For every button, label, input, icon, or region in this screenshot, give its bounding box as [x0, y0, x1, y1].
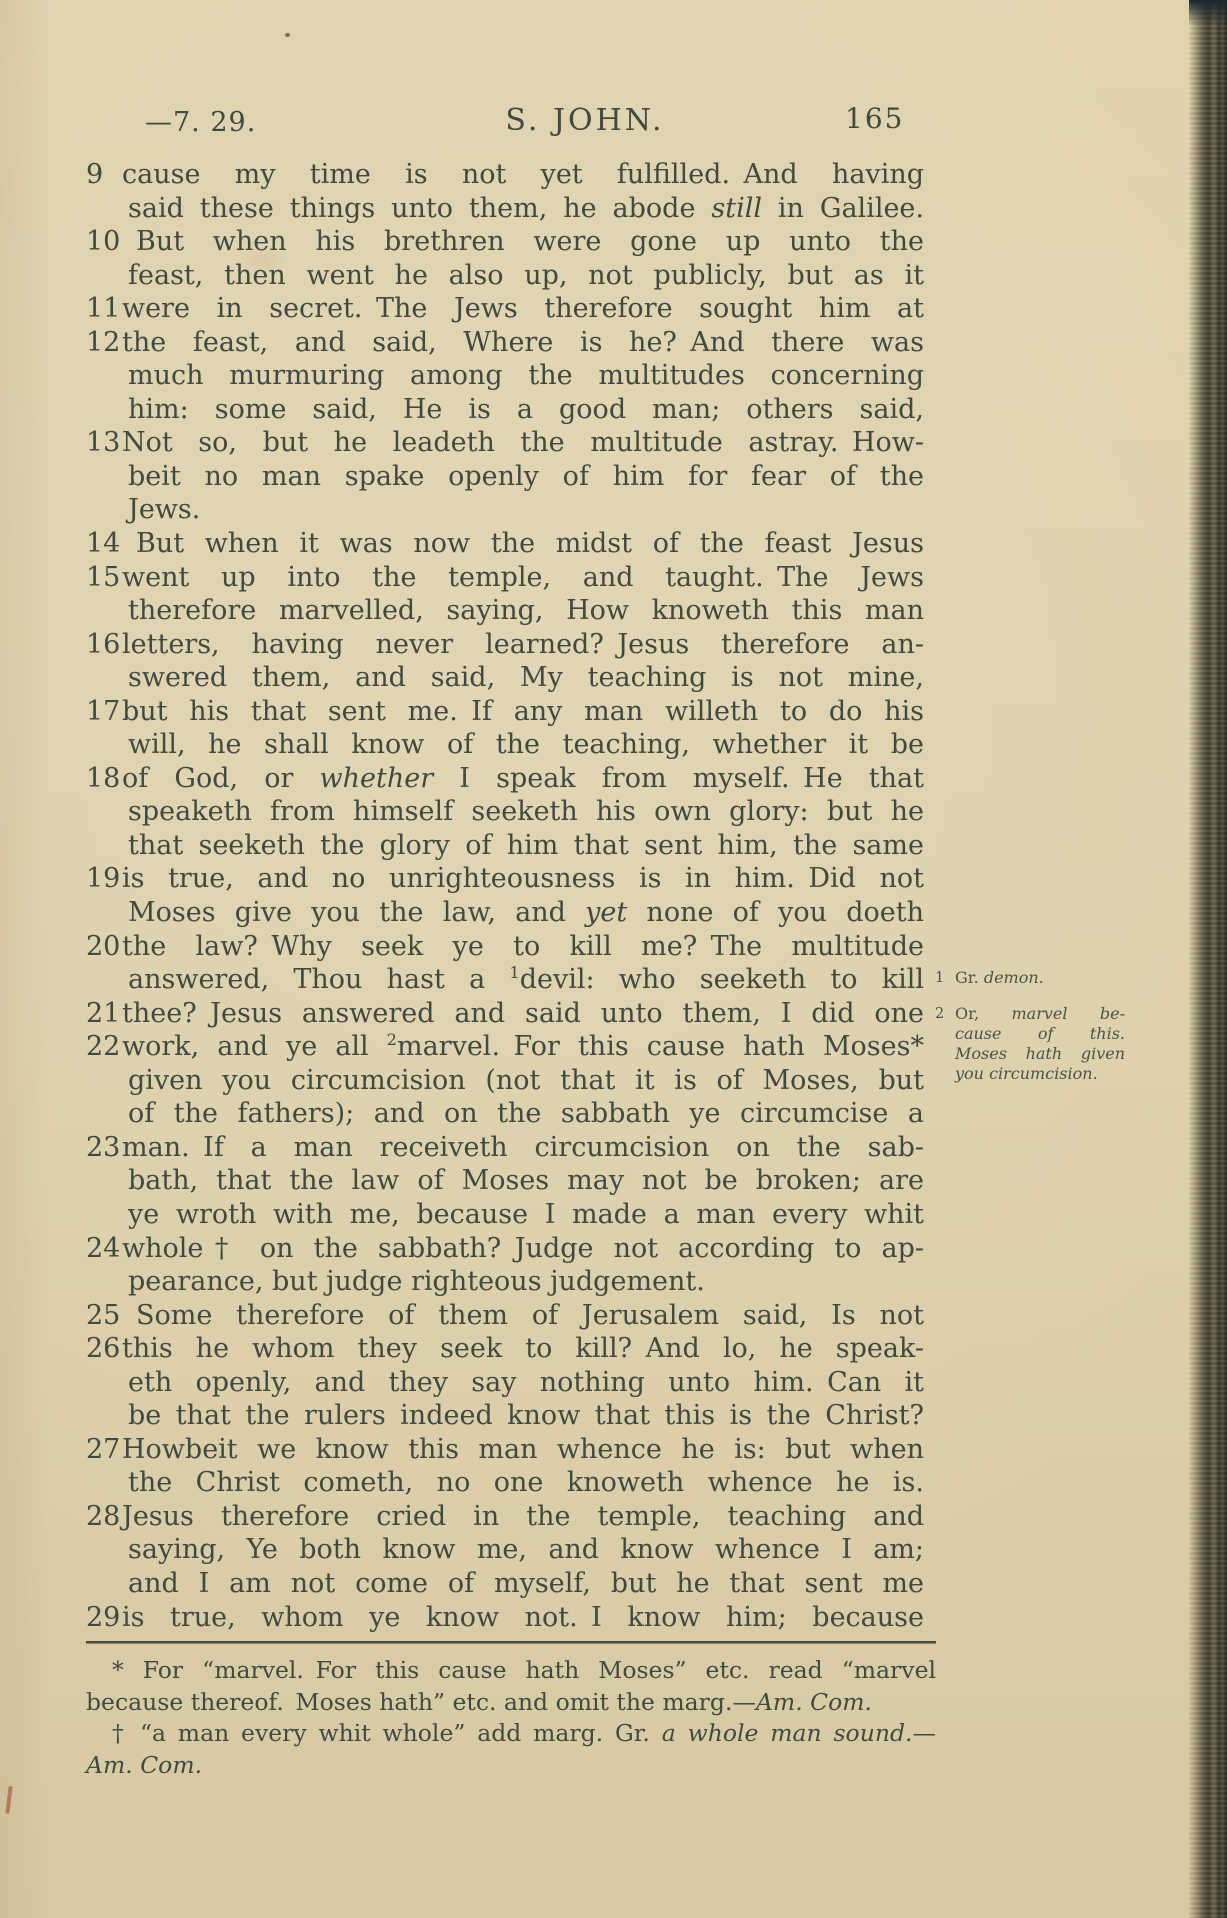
- book-edge-dark-corner: [1189, 0, 1227, 26]
- text-line: 9cause my time is not yet fulfilled. And…: [86, 158, 924, 192]
- margin-note-number: 2: [935, 1004, 944, 1024]
- text-line: of the fathers); and on the sabbath ye c…: [86, 1097, 924, 1131]
- text-line: 24whole† on the sabbath? Judge not accor…: [86, 1232, 924, 1266]
- verse-text: work, and ye all 2marvel. For this cause…: [122, 1030, 924, 1064]
- text-line: much murmuring among the multitudes conc…: [86, 359, 924, 393]
- verse-text: therefore marvelled, saying, How knoweth…: [122, 594, 924, 628]
- verse-number: 15: [86, 561, 122, 595]
- pen-mark: [5, 1786, 12, 1814]
- paper-speck: [285, 33, 290, 37]
- verse-text: him: some said, He is a good man; others…: [122, 393, 924, 427]
- margin-note-number: 1: [935, 968, 944, 988]
- italic-text: Am. Com.: [756, 1688, 872, 1716]
- verse-text: thee? Jesus answered and said unto them,…: [122, 997, 924, 1031]
- verse-text: ye wroth with me, because I made a man e…: [122, 1198, 924, 1232]
- text-line: the Christ cometh, no one knoweth whence…: [86, 1466, 924, 1500]
- italic-text: yet: [585, 897, 627, 928]
- verse-text: but his that sent me. If any man willeth…: [122, 695, 924, 729]
- verse-text: of the fathers); and on the sabbath ye c…: [122, 1097, 924, 1131]
- text-line: given you circumcision (not that it is o…: [86, 1064, 924, 1098]
- verse-text: of God, or whether I speak from myself. …: [122, 762, 924, 796]
- verse-text: cause my time is not yet fulfilled. And …: [122, 158, 924, 192]
- verse-number: 13: [86, 426, 122, 460]
- verse-number: 29: [86, 1601, 122, 1635]
- text-line: Jews.: [86, 493, 924, 527]
- text-line: 23man. If a man receiveth circumcision o…: [86, 1131, 924, 1165]
- book-page: —7. 29. S. JOHN. 165 9cause my time is n…: [0, 0, 1227, 1918]
- text-line: swered them, and said, My teaching is no…: [86, 661, 924, 695]
- footnote-line: * For “marvel. For this cause hath Moses…: [86, 1655, 936, 1687]
- verse-number: [86, 1198, 122, 1232]
- verse-number: 24: [86, 1232, 122, 1266]
- verse-text: beit no man spake openly of him for fear…: [122, 460, 924, 494]
- note-reference-superscript: 1: [509, 963, 519, 982]
- verse-text: But when it was now the midst of the fea…: [122, 527, 924, 561]
- italic-text: whether: [320, 763, 434, 794]
- text-line: 25Some therefore of them of Jerusalem sa…: [86, 1299, 924, 1333]
- text-line: pearance, but judge righteous judgement.: [86, 1265, 924, 1299]
- verse-number: [86, 594, 122, 628]
- verse-text: Moses give you the law, and yet none of …: [122, 896, 924, 930]
- verse-number: [86, 661, 122, 695]
- verse-text: much murmuring among the multitudes conc…: [122, 359, 924, 393]
- text-line: eth openly, and they say nothing unto hi…: [86, 1366, 924, 1400]
- verse-text: whole† on the sabbath? Judge not accordi…: [122, 1232, 924, 1266]
- verse-number: [86, 1164, 122, 1198]
- verse-text: went up into the temple, and taught. The…: [122, 561, 924, 595]
- verse-text: said these things unto them, he abode st…: [122, 192, 924, 226]
- verse-text: swered them, and said, My teaching is no…: [122, 661, 924, 695]
- margin-note-line: you circumcision.: [955, 1064, 1125, 1084]
- text-line: 10But when his brethren were gone up unt…: [86, 225, 924, 259]
- paper-stain: [240, 245, 286, 275]
- italic-text: marvel be-: [1012, 1004, 1126, 1023]
- verse-text: is true, whom ye know not. I know him; b…: [122, 1601, 924, 1635]
- verse-text: speaketh from himself seeketh his own gl…: [122, 795, 924, 829]
- verse-text: pearance, but judge righteous judgement.: [122, 1265, 924, 1299]
- italic-text: you circumcision.: [955, 1064, 1098, 1083]
- italic-text: cause of this.: [955, 1024, 1125, 1043]
- text-line: him: some said, He is a good man; others…: [86, 393, 924, 427]
- verse-number: 14: [86, 527, 122, 561]
- verse-number: 22: [86, 1030, 122, 1064]
- margin-note-line: 1Gr. demon.: [955, 968, 1125, 988]
- text-line: Moses give you the law, and yet none of …: [86, 896, 924, 930]
- text-line: 11were in secret. The Jews therefore sou…: [86, 292, 924, 326]
- text-line: 20the law? Why seek ye to kill me? The m…: [86, 930, 924, 964]
- margin-note-line: cause of this.: [955, 1024, 1125, 1044]
- header-verse-ref: —7. 29.: [145, 107, 256, 138]
- verse-number: 17: [86, 695, 122, 729]
- footnotes-block: * For “marvel. For this cause hath Moses…: [86, 1655, 936, 1781]
- margin-note: 1Gr. demon.: [933, 968, 1125, 988]
- verse-number: [86, 1064, 122, 1098]
- verse-text: answered, Thou hast a 1devil: who seeket…: [122, 963, 924, 997]
- text-line: 26this he whom they seek to kill? And lo…: [86, 1332, 924, 1366]
- text-line: said these things unto them, he abode st…: [86, 192, 924, 226]
- verse-number: 28: [86, 1500, 122, 1534]
- verse-number: 12: [86, 326, 122, 360]
- verse-number: [86, 963, 122, 997]
- verse-text: will, he shall know of the teaching, whe…: [122, 728, 924, 762]
- verse-text: is true, and no unrighteousness is in hi…: [122, 862, 924, 896]
- verse-number: [86, 192, 122, 226]
- verse-text: Not so, but he leadeth the multitude ast…: [122, 426, 924, 460]
- verse-text: were in secret. The Jews therefore sough…: [122, 292, 924, 326]
- verse-number: 10: [86, 225, 122, 259]
- verse-text: Jesus therefore cried in the temple, tea…: [122, 1500, 924, 1534]
- text-line: beit no man spake openly of him for fear…: [86, 460, 924, 494]
- verse-text: bath, that the law of Moses may not be b…: [122, 1164, 924, 1198]
- text-line: therefore marvelled, saying, How knoweth…: [86, 594, 924, 628]
- book-fore-edge: [1189, 0, 1227, 1918]
- text-line: and I am not come of myself, but he that…: [86, 1567, 924, 1601]
- text-line: 13Not so, but he leadeth the multitude a…: [86, 426, 924, 460]
- verse-number: 16: [86, 628, 122, 662]
- header-page-number: 165: [845, 102, 904, 135]
- verse-text: the law? Why seek ye to kill me? The mul…: [122, 930, 924, 964]
- verse-number: [86, 1567, 122, 1601]
- footnote-line: Am. Com.: [86, 1750, 936, 1782]
- verse-number: [86, 896, 122, 930]
- verse-number: 23: [86, 1131, 122, 1165]
- verse-number: [86, 460, 122, 494]
- text-line: that seeketh the glory of him that sent …: [86, 829, 924, 863]
- verse-text: Howbeit we know this man whence he is: b…: [122, 1433, 924, 1467]
- verse-number: [86, 393, 122, 427]
- italic-text: Am. Com.: [86, 1751, 202, 1779]
- verse-text: given you circumcision (not that it is o…: [122, 1064, 924, 1098]
- verse-text: and I am not come of myself, but he that…: [122, 1567, 924, 1601]
- text-line: 15went up into the temple, and taught. T…: [86, 561, 924, 595]
- verse-number: 25: [86, 1299, 122, 1333]
- verse-number: [86, 1265, 122, 1299]
- margin-note-line: Moses hath given: [955, 1044, 1125, 1064]
- text-line: will, he shall know of the teaching, whe…: [86, 728, 924, 762]
- verse-text: the feast, and said, Where is he? And th…: [122, 326, 924, 360]
- verse-number: [86, 1399, 122, 1433]
- verse-number: 20: [86, 930, 122, 964]
- text-line: 16letters, having never learned? Jesus t…: [86, 628, 924, 662]
- text-line: speaketh from himself seeketh his own gl…: [86, 795, 924, 829]
- verse-text: be that the rulers indeed know that this…: [122, 1399, 924, 1433]
- verse-text: this he whom they seek to kill? And lo, …: [122, 1332, 924, 1366]
- verse-text: letters, having never learned? Jesus the…: [122, 628, 924, 662]
- scripture-text-column: 9cause my time is not yet fulfilled. And…: [86, 158, 924, 1634]
- text-line: ye wroth with me, because I made a man e…: [86, 1198, 924, 1232]
- verse-number: [86, 493, 122, 527]
- verse-number: 11: [86, 292, 122, 326]
- verse-number: [86, 1533, 122, 1567]
- verse-number: [86, 359, 122, 393]
- margin-note-line: 2Or, marvel be-: [955, 1004, 1125, 1024]
- italic-text: Moses hath given: [955, 1044, 1125, 1063]
- verse-number: [86, 795, 122, 829]
- italic-text: still: [711, 193, 762, 224]
- text-line: answered, Thou hast a 1devil: who seeket…: [86, 963, 924, 997]
- text-line: 28Jesus therefore cried in the temple, t…: [86, 1500, 924, 1534]
- verse-number: 9: [86, 158, 122, 192]
- text-line: 21thee? Jesus answered and said unto the…: [86, 997, 924, 1031]
- verse-number: 21: [86, 997, 122, 1031]
- note-reference-superscript: 2: [387, 1030, 397, 1049]
- verse-number: [86, 259, 122, 293]
- verse-text: eth openly, and they say nothing unto hi…: [122, 1366, 924, 1400]
- text-line: feast, then went he also up, not publicl…: [86, 259, 924, 293]
- footnote-line: † “a man every whit whole” add marg. Gr.…: [86, 1718, 936, 1750]
- margin-note: 2Or, marvel be-cause of this.Moses hath …: [933, 1004, 1125, 1084]
- text-line: 12the feast, and said, Where is he? And …: [86, 326, 924, 360]
- text-line: saying, Ye both know me, and know whence…: [86, 1533, 924, 1567]
- italic-text: a whole man sound.: [662, 1719, 913, 1747]
- footnote-rule: [86, 1641, 936, 1644]
- verse-text: Some therefore of them of Jerusalem said…: [122, 1299, 924, 1333]
- text-line: 17but his that sent me. If any man wille…: [86, 695, 924, 729]
- verse-number: [86, 1097, 122, 1131]
- verse-number: 27: [86, 1433, 122, 1467]
- verse-text: saying, Ye both know me, and know whence…: [122, 1533, 924, 1567]
- text-line: 27Howbeit we know this man whence he is:…: [86, 1433, 924, 1467]
- verse-number: 19: [86, 862, 122, 896]
- text-line: be that the rulers indeed know that this…: [86, 1399, 924, 1433]
- text-line: 29is true, whom ye know not. I know him;…: [86, 1601, 924, 1635]
- verse-number: [86, 1366, 122, 1400]
- text-line: 14But when it was now the midst of the f…: [86, 527, 924, 561]
- verse-number: [86, 1466, 122, 1500]
- text-line: 22work, and ye all 2marvel. For this cau…: [86, 1030, 924, 1064]
- verse-text: man. If a man receiveth circumcision on …: [122, 1131, 924, 1165]
- text-line: 18of God, or whether I speak from myself…: [86, 762, 924, 796]
- italic-text: demon.: [984, 968, 1044, 987]
- verse-text: the Christ cometh, no one knoweth whence…: [122, 1466, 924, 1500]
- text-line: bath, that the law of Moses may not be b…: [86, 1164, 924, 1198]
- verse-number: [86, 829, 122, 863]
- verse-number: [86, 728, 122, 762]
- footnote-line: because thereof. Moses hath” etc. and om…: [86, 1687, 936, 1719]
- verse-text: that seeketh the glory of him that sent …: [122, 829, 924, 863]
- text-line: 19is true, and no unrighteousness is in …: [86, 862, 924, 896]
- verse-text: Jews.: [122, 493, 924, 527]
- header-book-title: S. JOHN.: [505, 103, 664, 138]
- verse-number: 18: [86, 762, 122, 796]
- verse-number: 26: [86, 1332, 122, 1366]
